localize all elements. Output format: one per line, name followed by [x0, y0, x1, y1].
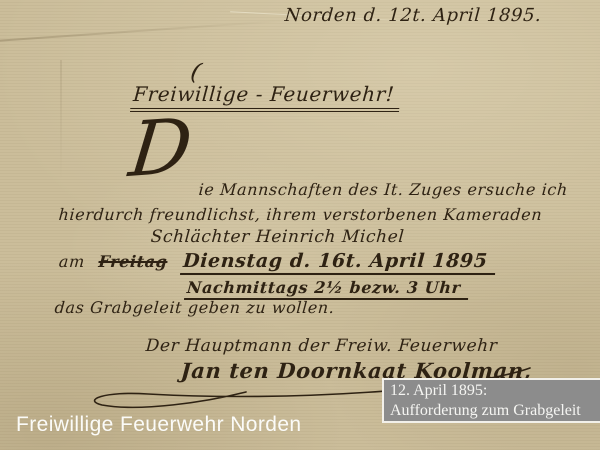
letter-body-line3-deceased-name: Schlächter Heinrich Michel [150, 227, 405, 247]
letter-body-line6: das Grabgeleit geben zu wollen. [54, 298, 335, 317]
letter-line4-underlined-date: Dienstag d. 16t. April 1895 [180, 250, 496, 275]
archive-label-title: Aufforderung zum Grabgeleit [390, 401, 600, 421]
letter-line4-struck-word: Freitag [98, 252, 168, 271]
photo-caption: Freiwillige Feuerwehr Norden [16, 413, 301, 437]
archive-label-date: 12. April 1895: [390, 381, 600, 401]
letter-body-line5-time: Nachmittags 2½ bezw. 3 Uhr [184, 278, 469, 300]
letter-body-line4-date: am Freitag Dienstag d. 16t. April 1895 [58, 250, 496, 275]
slide-photo-historical-letter: Norden d. 12t. April 1895. ( Freiwillige… [0, 0, 600, 450]
letter-line4-prefix: am [58, 252, 85, 271]
paper-crease-vertical [60, 60, 62, 180]
letter-body-line2: hierdurch freundlichst, ihrem verstorben… [58, 205, 543, 224]
ornate-initial: D [126, 108, 196, 188]
letter-body-line1: ie Mannschaften des It. Zuges ersuche ic… [198, 180, 569, 199]
paper-crease [0, 20, 288, 43]
archive-label: 12. April 1895: Aufforderung zum Grabgel… [382, 378, 600, 423]
letter-dateline: Norden d. 12t. April 1895. [284, 5, 542, 26]
signature-role-line: Der Hauptmann der Freiw. Feuerwehr [145, 336, 498, 356]
